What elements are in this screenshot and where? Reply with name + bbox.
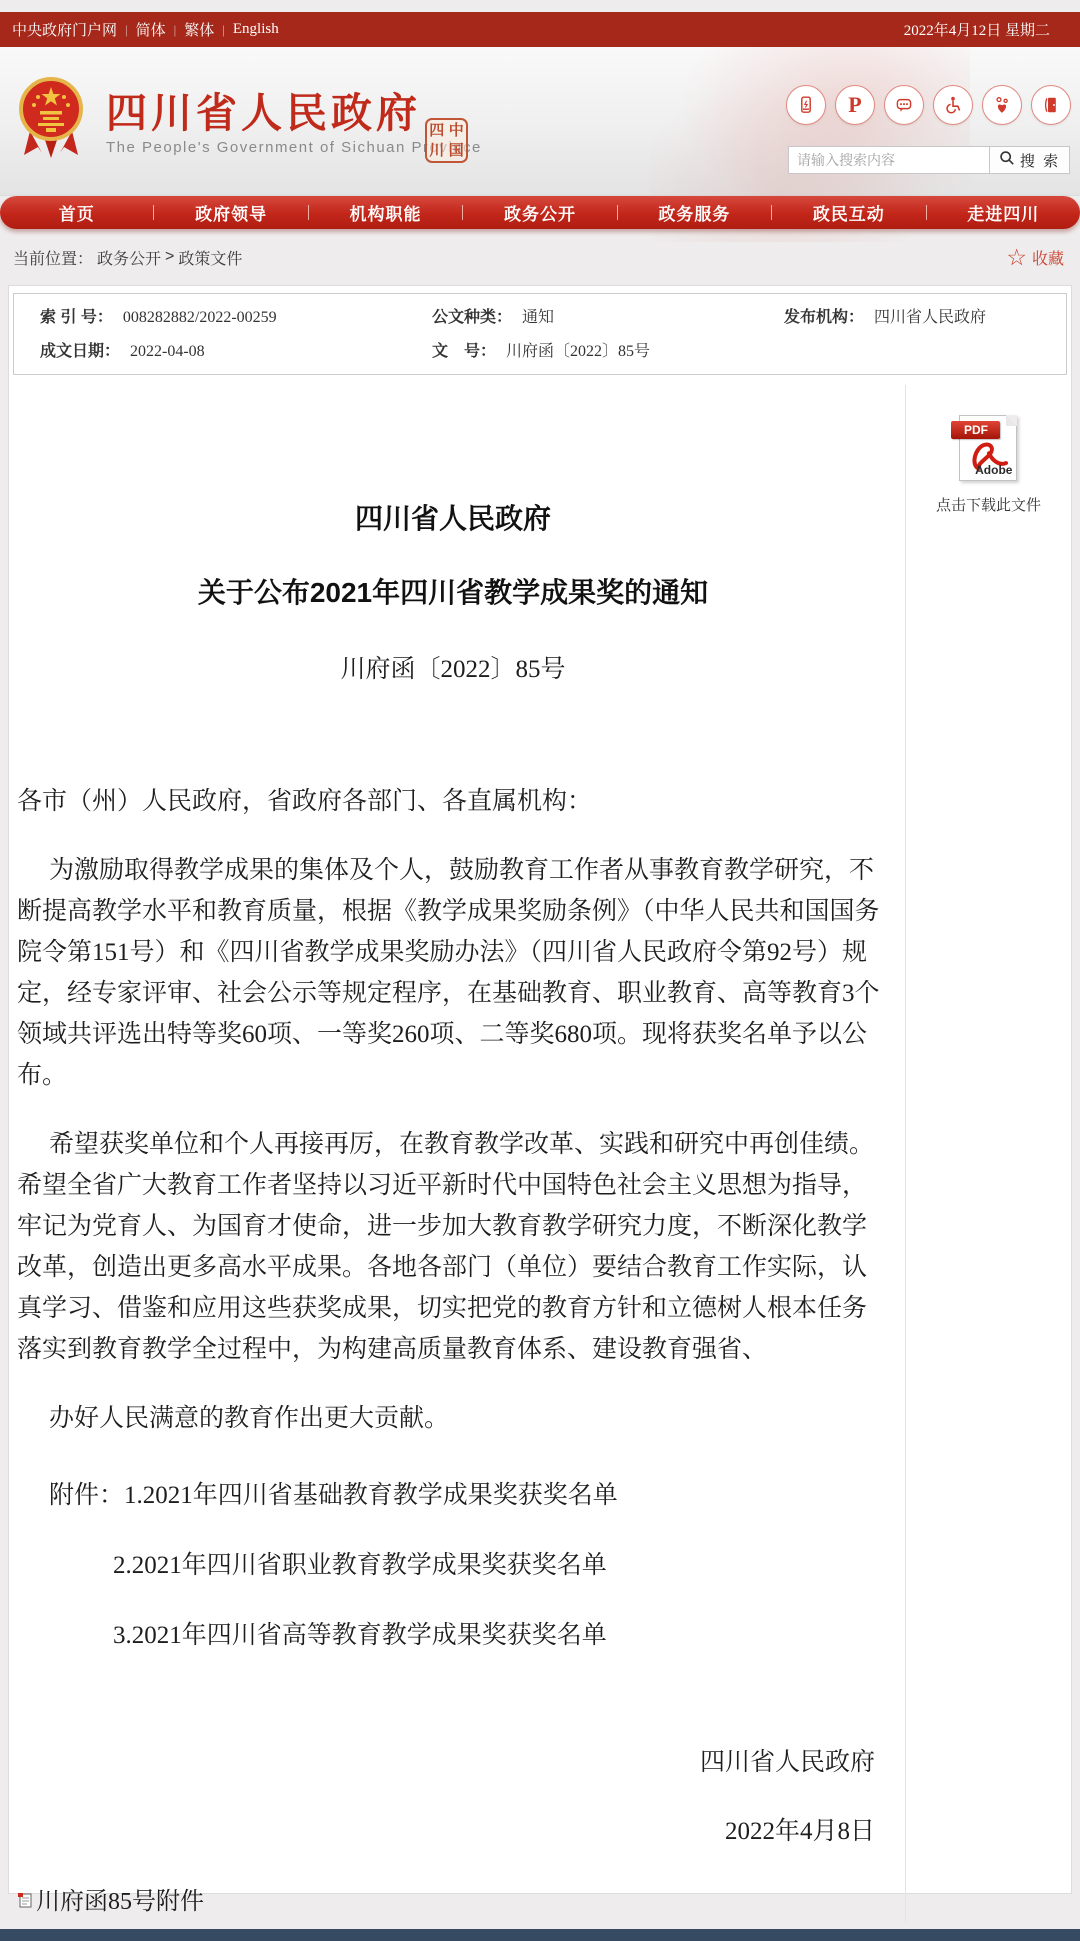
attachment-download-link[interactable]: 川府函85号附件 — [17, 1882, 889, 1923]
pdf-download-hint[interactable]: 点击下载此文件 — [936, 494, 1041, 515]
search-box: 搜 索 — [788, 146, 1070, 174]
star-icon: ☆ — [1006, 247, 1027, 267]
breadcrumb-separator: > — [165, 248, 174, 266]
nav-item-gov-affairs[interactable]: 政务公开 — [463, 200, 616, 225]
document-salutation: 各市（州）人民政府，省政府各部门、各直属机构： — [17, 781, 889, 822]
meta-issuer: 发布机构：四川省人民政府 — [758, 302, 1066, 334]
document-paragraph: 希望获奖单位和个人再接再厉，在教育教学改革、实践和研究中再创佳绩。希望全省广大教… — [17, 1124, 889, 1370]
search-input[interactable] — [789, 147, 989, 173]
topbar: 中央政府门户网 | 简体 | 繁体 | English 2022年4月12日 星… — [0, 12, 1080, 47]
letter-p-media-icon[interactable]: P — [835, 85, 875, 125]
topbar-links: 中央政府门户网 | 简体 | 繁体 | English — [12, 19, 279, 40]
topbar-separator: | — [174, 22, 177, 38]
document-title: 关于公布2021年四川省教学成果奖的通知 — [17, 577, 889, 609]
sichuan-seal-icon: 四 中 川 国 — [425, 118, 468, 163]
document-main: 四川省人民政府 关于公布2021年四川省教学成果奖的通知 川府函〔2022〕85… — [9, 385, 905, 1923]
magnifier-icon — [999, 150, 1015, 170]
comment-bubble-icon[interactable] — [884, 85, 924, 125]
breadcrumb-prefix: 当前位置： — [13, 246, 93, 269]
site-logo-link[interactable]: 四川省人民政府 The People's Government of Sichu… — [18, 75, 482, 164]
pdf-file-icon: PDF Adobe — [959, 415, 1017, 481]
attachment-link-label: 川府函85号附件 — [36, 1882, 204, 1923]
topbar-link-gov-portal[interactable]: 中央政府门户网 — [12, 19, 117, 40]
document-number: 川府函〔2022〕85号 — [17, 655, 889, 685]
site-header: 四川省人民政府 The People's Government of Sichu… — [0, 47, 1080, 196]
document-meta-table: 索 引 号：008282882/2022-00259 公文种类：通知 发布机构：… — [13, 293, 1067, 375]
topbar-date: 2022年4月12日 星期二 — [904, 19, 1050, 40]
favorite-label: 收藏 — [1032, 246, 1064, 269]
meta-issue-date: 成文日期：2022-04-08 — [14, 336, 406, 368]
header-icon-row: P — [786, 85, 1071, 125]
main-navigation: 首页 政府领导 机构职能 政务公开 政务服务 政民互动 走进四川 — [0, 196, 1080, 229]
pdf-badge: PDF — [951, 421, 1000, 439]
adobe-brand-label: Adobe — [975, 463, 1012, 477]
nav-item-gov-services[interactable]: 政务服务 — [618, 200, 771, 225]
document-org-title: 四川省人民政府 — [17, 503, 889, 535]
search-button-label: 搜 索 — [1020, 150, 1060, 171]
document-sign-date: 2022年4月8日 — [17, 1811, 889, 1852]
mobile-phone-icon[interactable] — [786, 85, 826, 125]
meta-doc-number: 文 号：川府函〔2022〕85号 — [406, 336, 758, 368]
document-sidebar: PDF Adobe 点击下载此文件 — [905, 385, 1071, 1923]
topbar-link-simplified[interactable]: 简体 — [136, 19, 166, 40]
document-paragraph: 办好人民满意的教育作出更大贡献。 — [17, 1398, 889, 1439]
attachment-line-2: 2.2021年四川省职业教育教学成果奖获奖名单 — [17, 1545, 889, 1586]
meta-empty-cell — [758, 336, 1066, 368]
national-emblem-icon — [18, 75, 84, 164]
page-fold-corner — [1006, 415, 1017, 426]
elder-care-icon[interactable] — [982, 85, 1022, 125]
topbar-link-traditional[interactable]: 繁体 — [184, 19, 214, 40]
footer-bar — [0, 1929, 1080, 1941]
attachment-line-1: 附件：1.2021年四川省基础教育教学成果奖获奖名单 — [17, 1475, 889, 1516]
topbar-link-english[interactable]: English — [233, 21, 279, 38]
nav-item-gov-leaders[interactable]: 政府领导 — [154, 200, 307, 225]
search-button[interactable]: 搜 索 — [989, 147, 1069, 173]
topbar-separator: | — [222, 22, 225, 38]
open-door-icon[interactable] — [1031, 85, 1071, 125]
breadcrumb-link-policy-docs[interactable]: 政策文件 — [178, 246, 242, 269]
nav-item-interaction[interactable]: 政民互动 — [772, 200, 925, 225]
meta-doc-type: 公文种类：通知 — [406, 302, 758, 334]
attachment-file-icon — [17, 1882, 34, 1923]
meta-index: 索 引 号：008282882/2022-00259 — [14, 302, 406, 334]
breadcrumb-link-gov-affairs[interactable]: 政务公开 — [97, 246, 161, 269]
p-glyph: P — [848, 92, 861, 118]
document-body-wrap: 四川省人民政府 关于公布2021年四川省教学成果奖的通知 川府函〔2022〕85… — [9, 385, 1071, 1923]
nav-item-functions[interactable]: 机构职能 — [309, 200, 462, 225]
wheelchair-accessibility-icon[interactable] — [933, 85, 973, 125]
nav-item-home[interactable]: 首页 — [0, 200, 153, 225]
document-signer: 四川省人民政府 — [17, 1742, 889, 1783]
breadcrumb-row: 当前位置： 政务公开 > 政策文件 ☆ 收藏 — [0, 229, 1080, 285]
document-card: 索 引 号：008282882/2022-00259 公文种类：通知 发布机构：… — [8, 285, 1072, 1894]
attachment-line-3: 3.2021年四川省高等教育教学成果奖获奖名单 — [17, 1615, 889, 1656]
nav-item-into-sichuan[interactable]: 走进四川 — [927, 200, 1080, 225]
topbar-separator: | — [125, 22, 128, 38]
document-paragraph: 为激励取得教学成果的集体及个人，鼓励教育工作者从事教育教学研究，不断提高教学水平… — [17, 850, 889, 1096]
favorite-button[interactable]: ☆ 收藏 — [1006, 246, 1064, 269]
pdf-download-button[interactable]: PDF Adobe 点击下载此文件 — [936, 415, 1041, 515]
breadcrumb: 当前位置： 政务公开 > 政策文件 — [13, 246, 242, 269]
